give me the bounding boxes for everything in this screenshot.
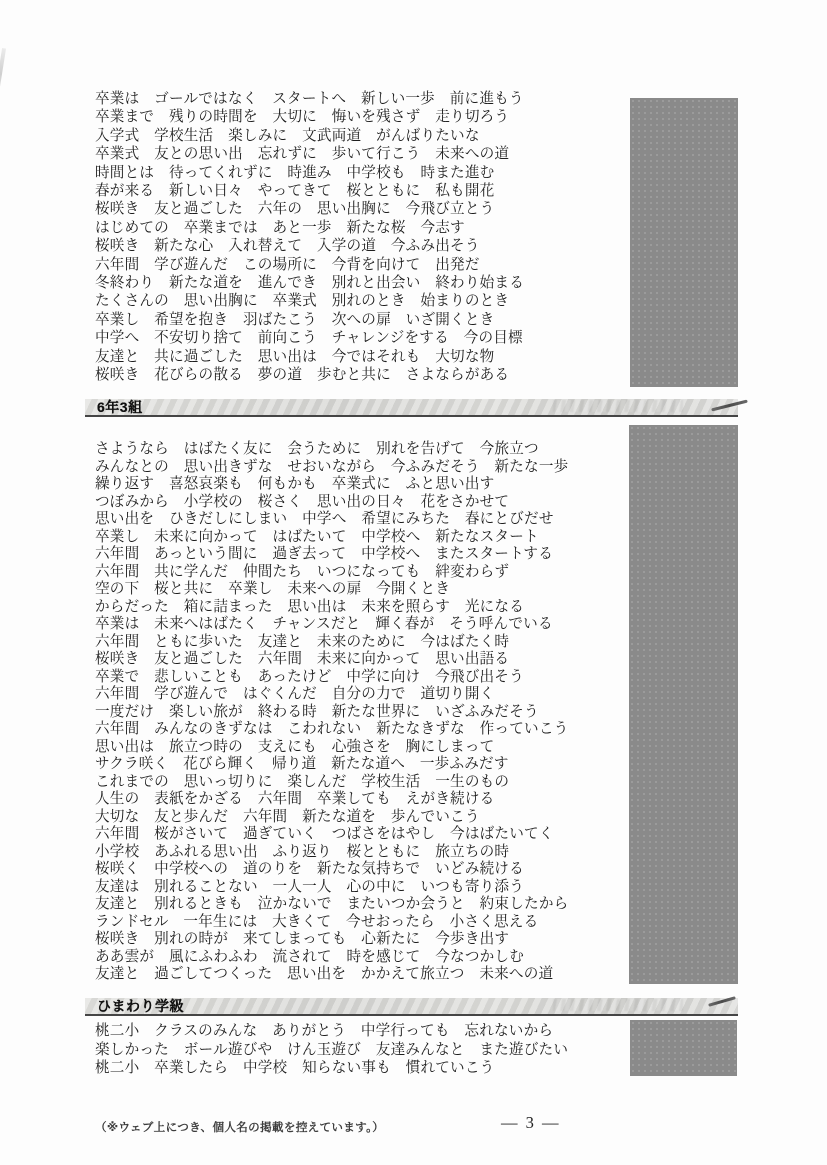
poem-line: 友達と 共に過ごした 思い出は 今ではそれも 大切な物 <box>95 348 524 366</box>
poem-line: 冬終わり 新たな道を 進んでき 別れと出会い 終わり始まる <box>95 274 524 292</box>
poem-line: 空の下 桜と共に 卒業し 未来への扉 今開くとき <box>95 581 568 599</box>
scan-artifact-streak <box>0 48 6 100</box>
poem-line: 友達と 過ごしてつくった 思い出を かかえて旅立つ 未来への道 <box>95 966 568 984</box>
redaction-box-names-1 <box>630 98 738 387</box>
poem-line: 卒業まで 残りの時間を 大切に 悔いを残さず 走り切ろう <box>95 108 524 126</box>
poem-line: みんなとの 思い出きずな せおいながら 今ふみだそう 新たな一歩 <box>95 459 568 477</box>
poem-line: 楽しかった ボール遊びや けん玉遊び 友達みんなと また遊びたい <box>95 1041 568 1060</box>
poem-line: 一度だけ 楽しい旅が 終わる時 新たな世界に いざふみだそう <box>95 704 568 722</box>
bar-smudge-texture <box>553 400 683 412</box>
bar-smudge-texture <box>553 999 683 1011</box>
poem-line: 人生の 表紙をかざる 六年間 卒業しても えがき続ける <box>95 791 568 809</box>
poem-line: 大切な 友と歩んだ 六年間 新たな道を 歩んでいこう <box>95 809 568 827</box>
poem-line: 六年間 あっという間に 過ぎ去って 中学校へ またスタートする <box>95 546 568 564</box>
redaction-box-names-2 <box>629 425 738 984</box>
redaction-box-names-3 <box>630 1020 737 1076</box>
poem-line: これまでの 思いっ切りに 楽しんだ 学校生活 一生のもの <box>95 774 568 792</box>
section-header-himawari: ひまわり学級 <box>85 998 738 1016</box>
section-heading-label: 6年3組 <box>85 399 143 415</box>
privacy-footnote: （※ウェブ上につき、個人名の掲載を控えています。） <box>95 1119 384 1135</box>
poem-line: ああ雲が 風にふわふわ 流されて 時を感じて 今なつかしむ <box>95 949 568 967</box>
scanned-document-page: 卒業は ゴールではなく スタートへ 新しい一歩 前に進もう卒業まで 残りの時間を… <box>0 0 827 1165</box>
section-heading-label: ひまわり学級 <box>85 998 184 1014</box>
poem-line: たくさんの 思い出胸に 卒業式 別れのとき 始まりのとき <box>95 292 524 310</box>
poem-line: つぼみから 小学校の 桜さく 思い出の日々 花をさかせて <box>95 494 568 512</box>
poem-line: 小学校 あふれる思い出 ふり返り 桜とともに 旅立ちの時 <box>95 844 568 862</box>
poem-line: 桃二小 卒業したら 中学校 知らない事も 慣れていこう <box>95 1059 568 1078</box>
poem-line: 桜咲き 新たな心 入れ替えて 入学の道 今ふみ出そう <box>95 237 524 255</box>
poem-line: からだった 箱に詰まった 思い出は 未来を照らす 光になる <box>95 599 568 617</box>
poem-line: 六年間 みんなのきずなは こわれない 新たなきずな 作っていこう <box>95 721 568 739</box>
poem-line: 友達と 別れるときも 泣かないで またいつか会うと 約束したから <box>95 896 568 914</box>
poem-line: 卒業で 悲しいことも あったけど 中学に向け 今飛び出そう <box>95 669 568 687</box>
poem-line: 桃二小 クラスのみんな ありがとう 中学行っても 忘れないから <box>95 1022 568 1041</box>
page-number: — 3 — <box>501 1113 561 1133</box>
section-header-6nen3kumi: 6年3組 <box>85 399 738 417</box>
poem-line: 卒業は ゴールではなく スタートへ 新しい一歩 前に進もう <box>95 90 524 108</box>
poem-line: 六年間 学び遊んで はぐくんだ 自分の力で 道切り開く <box>95 686 568 704</box>
poem-line: 入学式 学校生活 楽しみに 文武両道 がんばりたいな <box>95 127 524 145</box>
poem-line: 桜咲き 花びらの散る 夢の道 歩むと共に さよならがある <box>95 366 524 384</box>
poem-block-1: 卒業は ゴールではなく スタートへ 新しい一歩 前に進もう卒業まで 残りの時間を… <box>95 90 524 385</box>
poem-line: 思い出は 旅立つ時の 支えにも 心強さを 胸にしまって <box>95 739 568 757</box>
poem-line: サクラ咲く 花びら輝く 帰り道 新たな道へ 一歩ふみだす <box>95 756 568 774</box>
poem-line: 桜咲き 別れの時が 来てしまっても 心新たに 今歩き出す <box>95 931 568 949</box>
poem-block-2: さようなら はばたく友に 会うために 別れを告げて 今旅立つみんなとの 思い出き… <box>95 441 568 984</box>
poem-line: 六年間 共に学んだ 仲間たち いつになっても 絆変わらず <box>95 564 568 582</box>
poem-line: 時間とは 待ってくれずに 時進み 中学校も 時また進む <box>95 164 524 182</box>
poem-line: ランドセル 一年生には 大きくて 今せおったら 小さく思える <box>95 914 568 932</box>
poem-line: 春が来る 新しい日々 やってきて 桜とともに 私も開花 <box>95 182 524 200</box>
poem-line: 六年間 学び遊んだ この場所に 今背を向けて 出発だ <box>95 256 524 274</box>
poem-line: 桜咲き 友と過ごした 六年間 未来に向かって 思い出語る <box>95 651 568 669</box>
poem-line: 卒業し 未来に向かって はばたいて 中学校へ 新たなスタート <box>95 529 568 547</box>
poem-line: 桜咲き 友と過ごした 六年の 思い出胸に 今飛び立とう <box>95 200 524 218</box>
poem-line: さようなら はばたく友に 会うために 別れを告げて 今旅立つ <box>95 441 568 459</box>
poem-block-3: 桃二小 クラスのみんな ありがとう 中学行っても 忘れないから楽しかった ボール… <box>95 1022 568 1078</box>
poem-line: 六年間 桜がさいて 過ぎていく つばさをはやし 今はばたいてく <box>95 826 568 844</box>
poem-line: 卒業は 未来へはばたく チャンスだと 輝く春が そう呼んでいる <box>95 616 568 634</box>
poem-line: 卒業し 希望を抱き 羽ばたこう 次への扉 いざ開くとき <box>95 311 524 329</box>
poem-line: 友達は 別れることない 一人一人 心の中に いつも寄り添う <box>95 879 568 897</box>
poem-line: 桜咲く 中学校への 道のりを 新たな気持ちで いどみ続ける <box>95 861 568 879</box>
poem-line: 卒業式 友との思い出 忘れずに 歩いて行こう 未来への道 <box>95 145 524 163</box>
poem-line: 中学へ 不安切り捨て 前向こう チャレンジをする 今の目標 <box>95 329 524 347</box>
poem-line: 思い出を ひきだしにしまい 中学へ 希望にみちた 春にとびだせ <box>95 511 568 529</box>
poem-line: 六年間 ともに歩いた 友達と 未来のために 今はばたく時 <box>95 634 568 652</box>
poem-line: 繰り返す 喜怒哀楽も 何もかも 卒業式に ふと思い出す <box>95 476 568 494</box>
poem-line: はじめての 卒業までは あと一歩 新たな桜 今志す <box>95 219 524 237</box>
